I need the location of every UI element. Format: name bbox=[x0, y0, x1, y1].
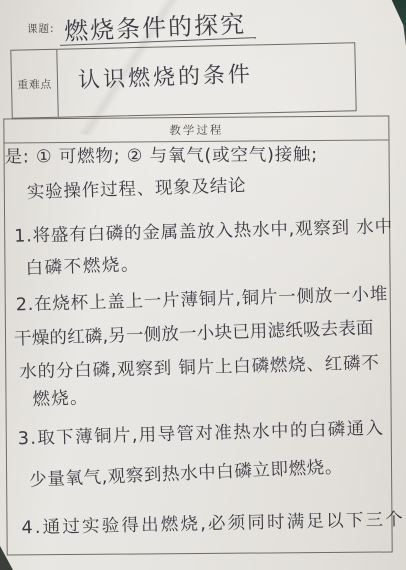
handwritten-line-9: 少量氧气,观察到热水中白磷立即燃烧。 bbox=[29, 453, 344, 491]
keypoints-value-handwritten: 认识燃烧的条件 bbox=[77, 57, 253, 94]
handwritten-line-1: 实验操作过程、现象及结论 bbox=[26, 172, 246, 204]
keypoints-label: 重难点 bbox=[17, 75, 52, 92]
handwritten-line-7: 燃烧。 bbox=[32, 384, 89, 411]
handwritten-line-4: 2.在烧杯上盖上一片薄铜片,铜片一侧放一小堆 bbox=[15, 281, 388, 317]
handwritten-line-10: 4.通过实验得出燃烧,必须同时满足以下三个条件 bbox=[21, 505, 406, 539]
topic-label: 课题: bbox=[27, 21, 55, 36]
handwritten-line-5: 干燥的红磷,另一侧放一小块已用滤纸吸去表面 bbox=[14, 315, 374, 351]
keypoints-box: 重难点 认识燃烧的条件 bbox=[10, 42, 356, 119]
handwritten-line-8: 3.取下薄铜片,用导管对准热水中的白磷通入 bbox=[17, 415, 384, 451]
process-table: 教学过程 实验操作过程、现象及结论 1.将盛有白磷的金属盖放入热水中,观察到 水… bbox=[3, 115, 392, 555]
process-header-label: 教学过程 bbox=[169, 121, 223, 137]
handwritten-line-2: 1.将盛有白磷的金属盖放入热水中,观察到 水中 bbox=[14, 213, 393, 248]
process-header-row: 教学过程 bbox=[4, 116, 388, 143]
handwritten-line-6: 水的分白磷,观察到 铜片上白磷燃烧、红磷不 bbox=[19, 349, 380, 383]
document-photo: 课题: 燃烧条件的探究 重难点 认识燃烧的条件 教学过程 实验操作过程、现象及结… bbox=[0, 0, 406, 570]
handwritten-line-11: 是: ① 可燃物; ② 与氧气(或空气)接触; bbox=[4, 141, 318, 168]
keypoints-label-cell: 重难点 bbox=[11, 50, 58, 118]
handwritten-line-3: 白磷不燃烧。 bbox=[25, 251, 140, 280]
